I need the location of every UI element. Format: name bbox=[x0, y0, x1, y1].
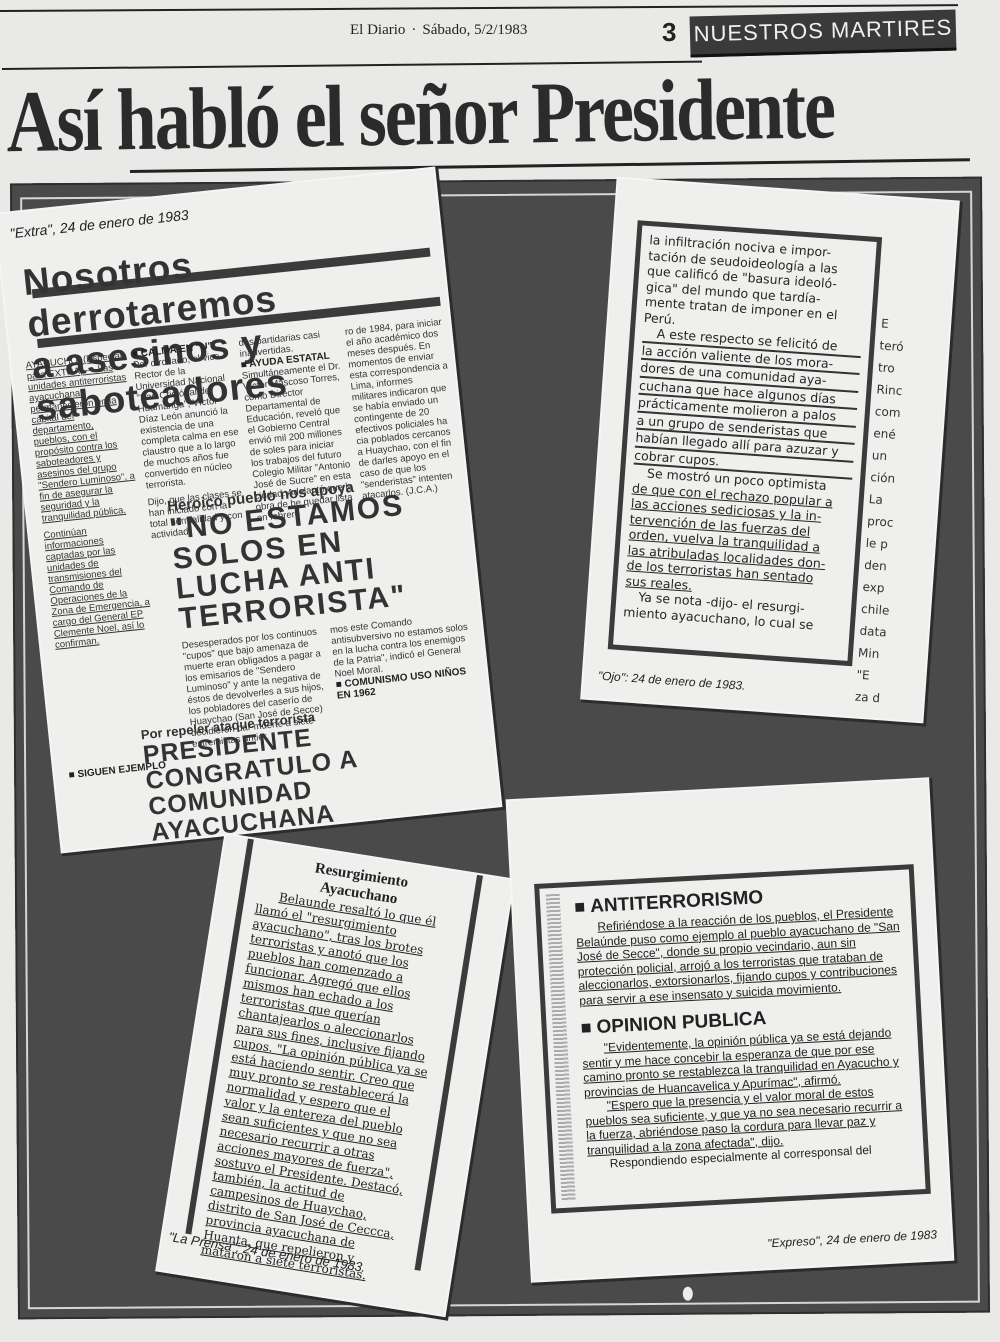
highlight-box: ANTITERRORISMO Refiriéndose a la reacció… bbox=[534, 864, 931, 1213]
text-fragment: ené bbox=[873, 422, 903, 446]
text-fragment: Min bbox=[857, 642, 887, 666]
clipping-expreso: ANTITERRORISMO Refiriéndose a la reacció… bbox=[508, 779, 953, 1280]
masthead: El Diario·Sábado, 5/2/1983 bbox=[350, 22, 527, 39]
newspaper-name: El Diario bbox=[350, 22, 405, 38]
page-headline: Así habló el señor Presidente bbox=[6, 58, 834, 173]
text-fragment: ción bbox=[870, 466, 900, 490]
clipping-caption: "Expreso", 24 de enero de 1983 bbox=[767, 1227, 937, 1250]
punch-hole bbox=[683, 1287, 693, 1301]
lead-paragraph: AYACUCHO, (Especial para EXTRA).— Las un… bbox=[25, 350, 141, 524]
text-fragment: le p bbox=[865, 532, 895, 556]
highlight-box: la infiltración nociva e impor-tación de… bbox=[608, 220, 882, 666]
article-column: AYACUCHO, (Especial para EXTRA).— Las un… bbox=[25, 350, 154, 651]
article-body: Belaunde resaltó lo que él llamó el "res… bbox=[200, 887, 456, 1289]
article-text: la infiltración nociva e impor-tación de… bbox=[623, 232, 869, 634]
text-fragment: tro bbox=[877, 356, 907, 380]
clipping-extra: "Extra", 24 de enero de 1983 Nosotros de… bbox=[0, 169, 500, 851]
issue-date: Sábado, 5/2/1983 bbox=[422, 22, 527, 38]
section-tag: NUESTROS MARTIRES bbox=[690, 10, 957, 58]
top-rule bbox=[0, 4, 958, 12]
clipping-ojo: la infiltración nociva e impor-tación de… bbox=[582, 179, 957, 721]
clipping-caption: "Ojo": 24 de enero de 1983. bbox=[597, 669, 746, 693]
text-fragment: za d bbox=[854, 686, 884, 710]
text-fragment: Rinc bbox=[876, 378, 906, 402]
paragraph: Refiriéndose a la reacción de los pueblo… bbox=[575, 904, 905, 1008]
text-fragment: un bbox=[871, 444, 901, 468]
text-fragment: E bbox=[880, 312, 910, 336]
page-number: 3 bbox=[662, 17, 676, 48]
text-fragment: den bbox=[863, 554, 893, 578]
text-fragment: data bbox=[859, 620, 889, 644]
text-fragment: "E bbox=[856, 664, 886, 688]
text-fragment: La bbox=[868, 488, 898, 512]
text-fragment: exp bbox=[862, 576, 892, 600]
text-fragment: proc bbox=[867, 510, 897, 534]
tape-strip bbox=[546, 894, 576, 1202]
paragraph: Por otro lado, el vice-Rector de la Univ… bbox=[133, 350, 245, 492]
text-fragment: chile bbox=[860, 598, 890, 622]
clipping-caption: "Extra", 24 de enero de 1983 bbox=[9, 207, 189, 242]
text-fragment: teró bbox=[879, 334, 909, 358]
paragraph: Continúan informaciones captadas por las… bbox=[43, 520, 154, 651]
text-fragment: com bbox=[874, 400, 904, 424]
